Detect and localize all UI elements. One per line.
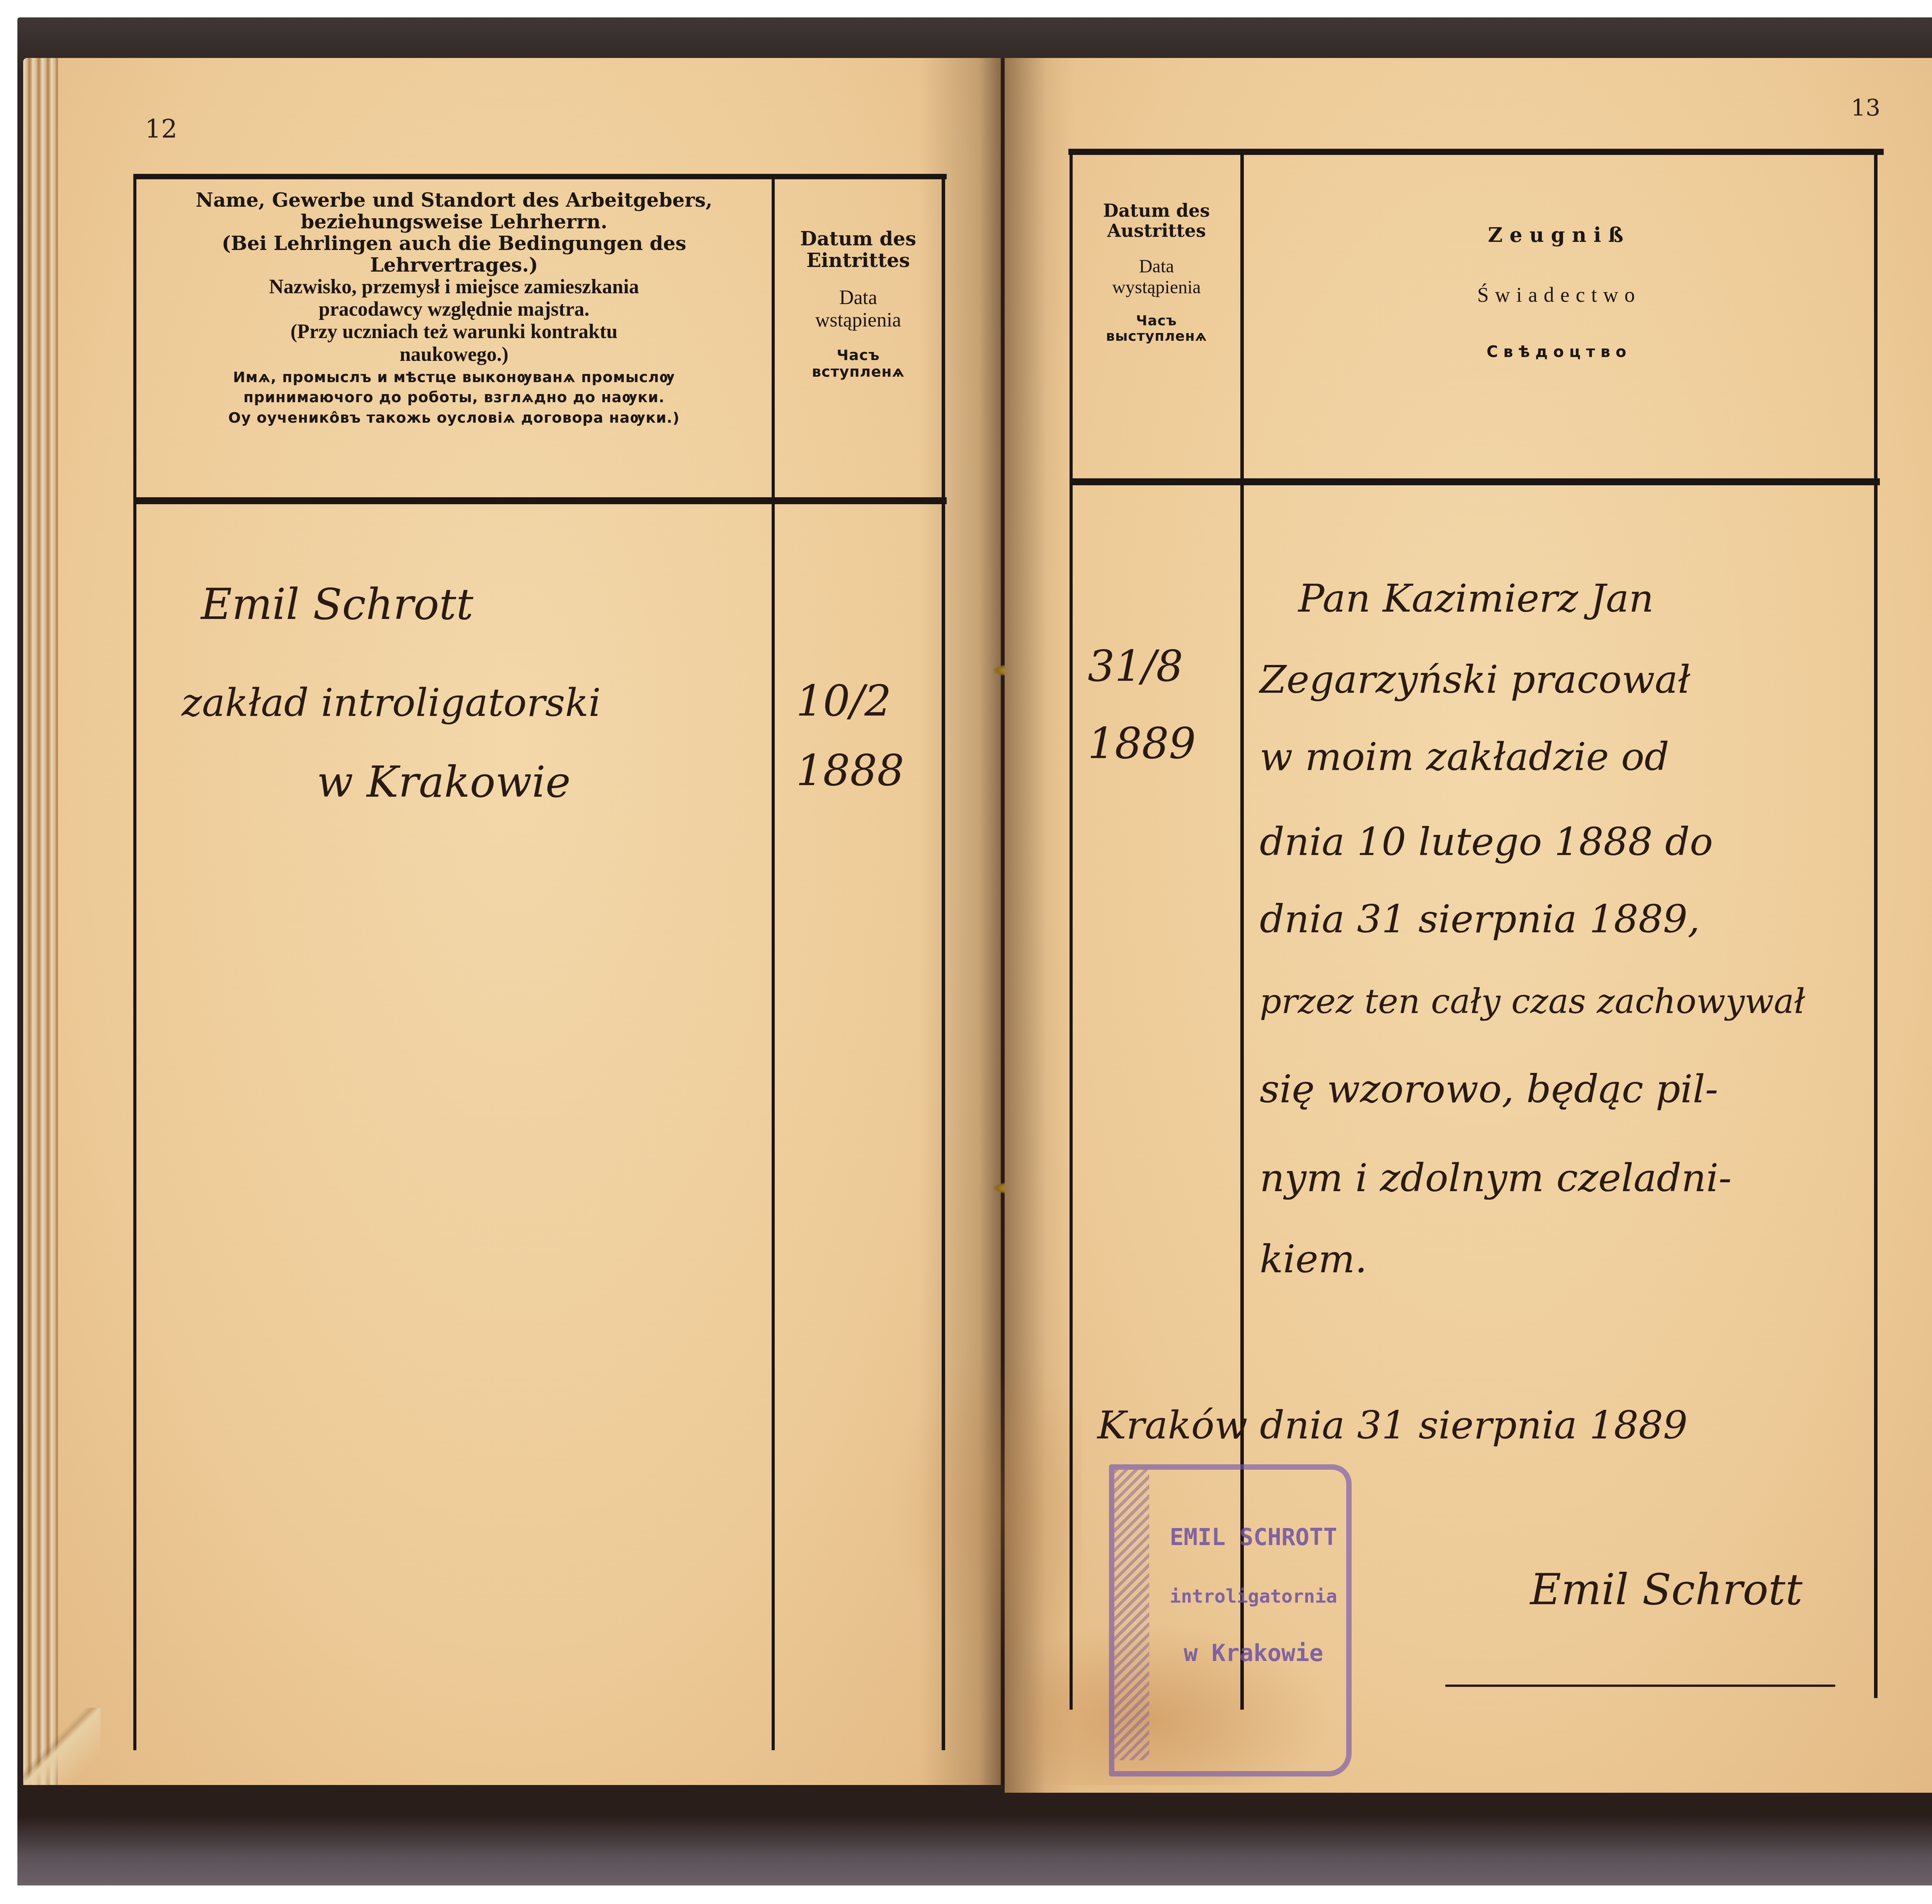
header-exit-date-de-2: Austrittes [1073, 221, 1240, 241]
certificate-place-date: Kraków dnia 31 sierpnia 1889 [1097, 1402, 1688, 1448]
left-page-stack-edges [23, 58, 58, 1785]
certificate-line-3: w moim zakładzie od [1260, 734, 1669, 779]
age-stain [889, 1352, 1082, 1661]
header-employer-de-4: Lehrvertrages.) [139, 254, 769, 276]
folded-corner [23, 1708, 100, 1785]
left-table-left-rule [133, 174, 136, 1750]
right-table-right-rule [1874, 153, 1878, 1698]
right-table-left-rule [1070, 153, 1073, 1710]
header-entry-date-ru-2: вступленѧ [775, 364, 942, 380]
header-entry-date-de-2: Eintrittes [775, 250, 942, 271]
header-employer-de-3: (Bei Lehrlingen auch die Bedingungen des [139, 233, 769, 254]
header-employer-de-2: beziehungsweise Lehrherrn. [139, 211, 769, 233]
stamp-book-spine-pattern [1114, 1470, 1149, 1760]
page-number-left: 12 [145, 114, 177, 144]
header-employer-pl-4: naukowego.) [139, 343, 769, 366]
right-table-top-rule [1068, 149, 1884, 155]
stamp-line-2: introligatornia [1168, 1586, 1338, 1607]
header-employer: Name, Gewerbe und Standort des Arbeitgeb… [139, 189, 769, 426]
certificate-line-9: kiem. [1260, 1236, 1367, 1282]
entry-date-exit-day: 31/8 [1088, 641, 1183, 691]
header-entry-date-ru-1: Часъ [775, 347, 942, 364]
header-certificate-pl: Świadectwo [1244, 283, 1874, 306]
entry-employer-line-3: w Krakowie [317, 757, 571, 807]
header-certificate-de: Zeugniß [1244, 224, 1874, 246]
certificate-line-8: nym i zdolnym czeladni- [1260, 1155, 1731, 1200]
entry-date-start-day: 10/2 [796, 676, 891, 726]
header-exit-date-pl-2: wystąpienia [1073, 277, 1240, 298]
certificate-line-1: Pan Kazimierz Jan [1298, 576, 1654, 621]
header-employer-ru-1: Имѧ, промыслъ и мѣстце выконѹванѧ промыс… [139, 369, 769, 386]
certificate-line-7: się wzorowo, będąc pil- [1260, 1066, 1718, 1112]
header-employer-pl-2: pracodawcy względnie majstra. [139, 298, 769, 321]
header-entry-date-de-1: Datum des [775, 228, 942, 250]
left-table-top-rule [133, 174, 947, 179]
certificate-line-5: dnia 31 sierpnia 1889, [1260, 896, 1700, 942]
header-certificate: Zeugniß Świadectwo Свѣдоцтво [1244, 224, 1874, 361]
header-employer-de-1: Name, Gewerbe und Standort des Arbeitgeb… [139, 189, 769, 211]
header-employer-ru-2: принимаючого до роботы, взглѧдно до наѹк… [139, 389, 769, 406]
left-table-col-divider [772, 174, 775, 1750]
header-employer-pl-3: (Przy uczniach też warunki kontraktu [139, 321, 769, 343]
header-exit-date: Datum des Austrittes Data wystąpienia Ча… [1073, 201, 1240, 344]
signature-flourish [1445, 1685, 1835, 1687]
entry-date-exit-year: 1889 [1088, 719, 1196, 768]
header-employer-ru-3: Оу оученикôвъ такожь оусловіѧ договора н… [139, 410, 769, 426]
book-bottom-edge [17, 1816, 1932, 1885]
entry-employer-line-2: zakład introligatorski [182, 680, 601, 725]
certificate-signature: Emil Schrott [1530, 1565, 1803, 1614]
header-exit-date-pl-1: Data [1073, 256, 1240, 277]
header-entry-date-pl-1: Data [775, 287, 942, 309]
header-employer-pl-1: Nazwisko, przemysł i miejsce zamieszkani… [139, 276, 769, 298]
header-certificate-ru: Свѣдоцтво [1244, 343, 1874, 361]
stamp-line-3: w Krakowie [1168, 1640, 1338, 1667]
stamp-line-1: EMIL SCHROTT [1168, 1524, 1338, 1551]
entry-date-start-year: 1888 [796, 746, 904, 795]
header-entry-date-pl-2: wstąpienia [775, 309, 942, 331]
certificate-line-4: dnia 10 lutego 1888 do [1260, 819, 1713, 864]
certificate-line-6: przez ten cały czas zachowywał [1260, 981, 1805, 1021]
page-number-right: 13 [1851, 95, 1880, 122]
right-table-header-rule [1070, 478, 1880, 485]
left-table-header-rule [133, 497, 947, 504]
certificate-line-2: Zegarzyński pracował [1260, 657, 1690, 702]
header-exit-date-de-1: Datum des [1073, 201, 1240, 221]
header-entry-date: Datum des Eintrittes Data wstąpienia Час… [775, 228, 942, 380]
header-exit-date-ru-1: Часъ [1073, 313, 1240, 329]
entry-employer-line-1: Emil Schrott [201, 580, 473, 629]
header-exit-date-ru-2: выступленѧ [1073, 329, 1240, 344]
